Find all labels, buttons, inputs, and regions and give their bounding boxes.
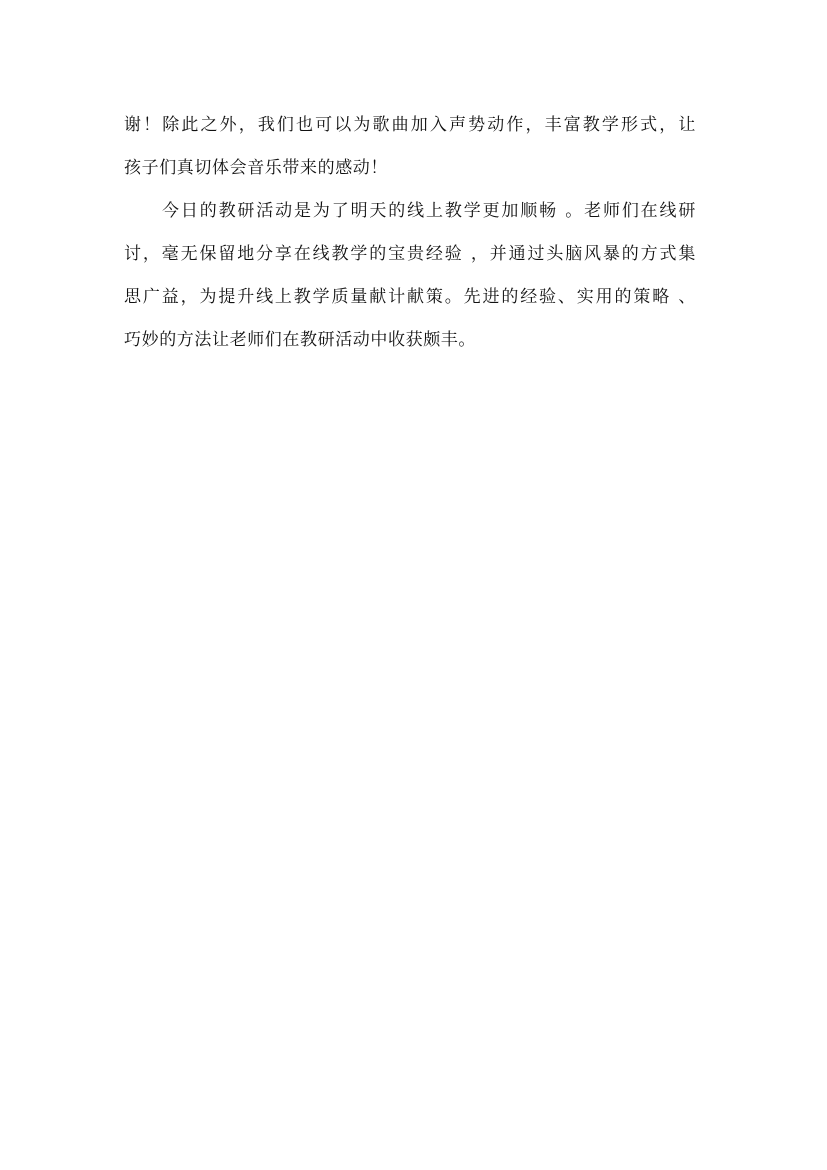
paragraph-continuation: 谢！除此之外，我们也可以为歌曲加入声势动作，丰富教学形式，让 孩子们真切体会音乐… (124, 111, 696, 197)
text-line: 谢！除此之外，我们也可以为歌曲加入声势动作，丰富教学形式，让 (124, 111, 696, 154)
text-line: 思广益，为提升线上教学质量献计献策。先进的经验、实用的策略 、 (124, 283, 696, 326)
paragraph-summary: 今日的教研活动是为了明天的线上教学更加顺畅 。老师们在线研 讨，毫无保留地分享在… (124, 197, 696, 369)
document-body: 谢！除此之外，我们也可以为歌曲加入声势动作，丰富教学形式，让 孩子们真切体会音乐… (124, 111, 696, 369)
text-line: 讨，毫无保留地分享在线教学的宝贵经验 ，并通过头脑风暴的方式集 (124, 240, 696, 283)
text-line: 孩子们真切体会音乐带来的感动！ (124, 154, 696, 197)
document-page: 谢！除此之外，我们也可以为歌曲加入声势动作，丰富教学形式，让 孩子们真切体会音乐… (0, 0, 827, 1170)
text-line: 今日的教研活动是为了明天的线上教学更加顺畅 。老师们在线研 (124, 197, 696, 240)
text-line: 巧妙的方法让老师们在教研活动中收获颇丰。 (124, 326, 696, 369)
